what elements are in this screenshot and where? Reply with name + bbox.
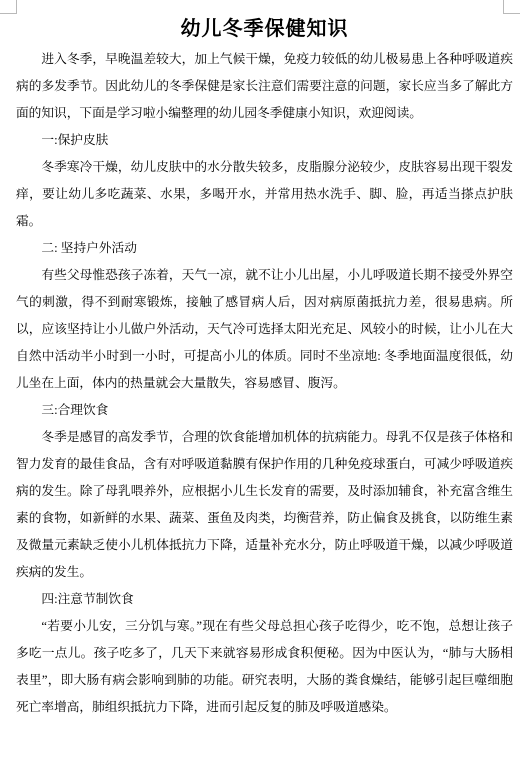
document-page: { "doc": { "title": "幼儿冬季保健知识", "intro":… (0, 0, 520, 757)
text-boundary-corner-top-left (0, 0, 17, 14)
section-3-body: 冬季是感冒的高发季节，合理的饮食能增加机体的抗病能力。母乳不仅是孩子体格和智力发… (16, 424, 513, 586)
section-4-body: “若要小儿安，三分饥与寒。”现在有些父母总担心孩子吃得少，吃不饱，总想让孩子多吃… (16, 613, 513, 721)
section-1-body: 冬季寒冷干燥，幼儿皮肤中的水分散失较多，皮脂腺分泌较少，皮肤容易出现干裂发痒，要… (16, 154, 513, 235)
section-1-heading: 一:保护皮肤 (16, 127, 513, 154)
section-2-heading: 二: 坚持户外活动 (16, 235, 513, 262)
document-title: 幼儿冬季保健知识 (16, 13, 513, 46)
intro-paragraph: 进入冬季，早晚温差较大，加上气候干燥，免疫力较低的幼儿极易患上各种呼吸道疾病的多… (16, 46, 513, 127)
section-2-body: 有些父母惟恐孩子冻着，天气一凉，就不让小儿出屋，小儿呼吸道长期不接受外界空气的刺… (16, 262, 513, 397)
text-boundary-corner-top-right (503, 0, 520, 14)
document-body: 幼儿冬季保健知识 进入冬季，早晚温差较大，加上气候干燥，免疫力较低的幼儿极易患上… (16, 13, 513, 721)
section-4-heading: 四:注意节制饮食 (16, 586, 513, 613)
section-3-heading: 三:合理饮食 (16, 397, 513, 424)
